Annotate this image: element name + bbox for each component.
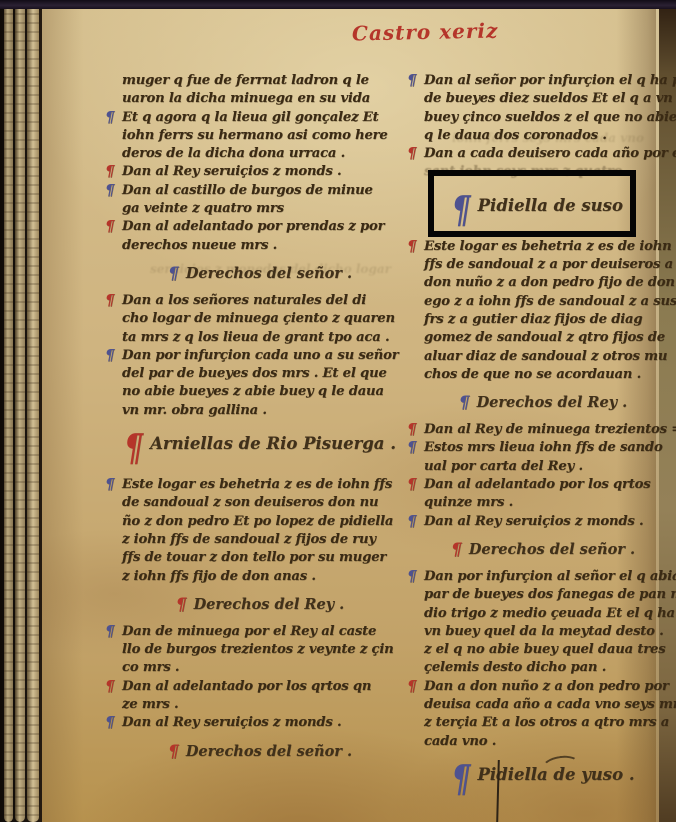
manuscript-line: de bueyes diez sueldos Et el q a vn (424, 90, 662, 108)
manuscript-line: deuisa cada año a cada vno seys mrs (424, 696, 662, 714)
line-text: ffs de touar z don tello por su muger (122, 550, 386, 565)
line-text: par de bueyes dos fanegas de pan me (424, 587, 676, 602)
stacked-page-edge (4, 4, 13, 822)
manuscript-line: iohn ferrs su hermano asi como here (122, 127, 398, 145)
line-text: Dan por infurçion cada uno a su señor (122, 348, 399, 363)
line-text: don nuño z a don pedro fijo de don di (424, 275, 676, 290)
line-text: Dan al Rey de minuega trezientos = (424, 422, 676, 437)
line-text: Dan a don nuño z a don pedro por (424, 679, 669, 694)
line-text: ze mrs . (122, 697, 178, 712)
manuscript-line: ¶Dan al castillo de burgos de minue (122, 182, 398, 200)
paragraph-mark-icon: ¶ (105, 291, 114, 309)
line-text: derechos nueue mrs . (122, 238, 277, 253)
manuscript-line: gomez de sandoual z qtro fijos de (424, 329, 662, 347)
manuscript-line: ¶Dan a cada deuisero cada año por el (424, 145, 662, 163)
line-text: frs z a gutier diaz fijos de diag (424, 312, 642, 327)
line-text: Este logar es behetria z es de iohn (424, 239, 672, 254)
paragraph-mark-icon: ¶ (451, 758, 470, 802)
line-text: uaron la dicha minuega en su vida (122, 91, 370, 106)
manuscript-line: ¶Dan por infurçion al señor el q abia (424, 568, 662, 586)
paragraph-mark-icon: ¶ (407, 144, 416, 162)
manuscript-line: uaron la dicha minuega en su vida (122, 90, 398, 108)
manuscript-line: quinze mrs . (424, 494, 662, 512)
manuscript-line: ze mrs . (122, 696, 398, 714)
paragraph-mark-icon: ¶ (407, 567, 416, 585)
line-text: Dan de minuega por el Rey al caste (122, 624, 376, 639)
line-text: Dan al Rey seruiçios z monds . (122, 164, 341, 179)
paragraph-mark-icon: ¶ (176, 595, 187, 615)
line-text: z iohn ffs fijo de don anas . (122, 569, 316, 584)
manuscript-line: ¶Dan al señor por infurçion el q ha par (424, 72, 662, 90)
manuscript-line: del par de bueyes dos mrs . Et el que (122, 365, 398, 383)
line-text: çelemis desto dicho pan . (424, 660, 606, 675)
line-text: ño z don pedro Et po lopez de pidiella (122, 514, 393, 529)
manuscript-line: ¶Este logar es behetria z es de iohn (424, 238, 662, 256)
paragraph-mark-icon: ¶ (124, 427, 143, 471)
running-title: Castro xeriz (352, 18, 499, 45)
manuscript-line: aluar diaz de sandoual z otros mu (424, 348, 662, 366)
line-text: ffs de sandoual z a por deuiseros a (424, 257, 673, 272)
line-text: co mrs . (122, 660, 179, 675)
manuscript-line: ¶Dan a don nuño z a don pedro por (424, 678, 662, 696)
line-text: Dan al señor por infurçion el q ha par (424, 73, 676, 88)
manuscript-line: ¶Dan al Rey seruiçios z monds . (122, 714, 398, 732)
manuscript-line: çelemis desto dicho pan . (424, 659, 662, 677)
manuscript-line: vn mr. obra gallina . (122, 402, 398, 420)
line-text: buey çinco sueldos z el que no abie (424, 110, 676, 125)
manuscript-line: no abie bueyes z abie buey q le daua (122, 383, 398, 401)
line-text: Dan a los señores naturales del di (122, 293, 366, 308)
manuscript-line: ¶Dan de minuega por el Rey al caste (122, 623, 398, 641)
line-text: quinze mrs . (424, 495, 513, 510)
line-text: Este logar es behetria z es de iohn ffs (122, 477, 392, 492)
manuscript-line: don nuño z a don pedro fijo de don di (424, 274, 662, 292)
line-text: del par de bueyes dos mrs . Et el que (122, 366, 387, 381)
line-text: deuisa cada año a cada vno seys mrs (424, 697, 676, 712)
line-text: Arniellas de Rio Pisuerga . (150, 434, 396, 453)
annotation-rectangle (428, 170, 636, 237)
paragraph-mark-icon: ¶ (105, 181, 114, 199)
line-text: q le daua dos coronados . (424, 128, 607, 143)
paragraph-mark-icon: ¶ (105, 475, 114, 493)
line-text: Estos mrs lieua iohn ffs de sando (424, 440, 663, 455)
manuscript-line: vn buey quel da la meytad desto . (424, 623, 662, 641)
manuscript-line: z iohn ffs de sandoual z fijos de ruy (122, 531, 398, 549)
stacked-page-edge (27, 4, 39, 822)
line-text: Derechos del Rey . (477, 394, 628, 411)
manuscript-line: ¶Estos mrs lieua iohn ffs de sando (424, 439, 662, 457)
line-text: gomez de sandoual z qtro fijos de (424, 330, 665, 345)
paragraph-mark-icon: ¶ (168, 742, 179, 762)
paragraph-mark-icon: ¶ (105, 346, 114, 364)
left-text-column: muger q fue de ferrnat ladron q leuaron … (122, 72, 398, 770)
line-text: de bueyes diez sueldos Et el q a vn (424, 91, 673, 106)
manuscript-line: muger q fue de ferrnat ladron q le (122, 72, 398, 90)
line-text: ego z a iohn ffs de sandoual z a sus (424, 294, 676, 309)
manuscript-line: ¶Dan a los señores naturales del di (122, 292, 398, 310)
line-text: z iohn ffs de sandoual z fijos de ruy (122, 532, 376, 547)
manuscript-line: dio trigo z medio çeuada Et el q ha (424, 605, 662, 623)
manuscript-line: ¶Dan al Rey de minuega trezientos = (424, 421, 662, 439)
manuscript-line: ual por carta del Rey . (424, 458, 662, 476)
line-text: z terçia Et a los otros a qtro mrs a (424, 715, 669, 730)
line-text: Dan a cada deuisero cada año por el (424, 146, 676, 161)
line-text: muger q fue de ferrnat ladron q le (122, 73, 369, 88)
section-header: ¶Derechos del señor . (424, 540, 662, 560)
line-text: ta mrs z q los lieua de grant tpo aca . (122, 330, 389, 345)
line-text: z el q no abie buey quel daua tres (424, 642, 665, 657)
line-text: ga veinte z quatro mrs (122, 201, 284, 216)
paragraph-mark-icon: ¶ (105, 108, 114, 126)
line-text: de sandoual z son deuiseros don nu (122, 495, 378, 510)
line-text: Dan al Rey seruiçios z monds . (122, 715, 341, 730)
manuscript-line: ga veinte z quatro mrs (122, 200, 398, 218)
section-header: ¶Derechos del señor . (122, 264, 398, 284)
stacked-page-edge (15, 4, 25, 822)
manuscript-line: deros de la dicha dona urraca . (122, 145, 398, 163)
paragraph-mark-icon: ¶ (407, 237, 416, 255)
book-spine (0, 0, 42, 822)
paragraph-mark-icon: ¶ (407, 677, 416, 695)
line-text: Dan al adelantado por los qrtos qn (122, 679, 371, 694)
line-text: vn mr. obra gallina . (122, 403, 267, 418)
paragraph-mark-icon: ¶ (459, 393, 470, 413)
manuscript-line: ¶Dan por infurçion cada uno a su señor (122, 347, 398, 365)
section-header: ¶Derechos del Rey . (122, 595, 398, 615)
manuscript-line: cada vno . (424, 733, 662, 751)
line-text: Et q agora q la lieua gil gonçalez Et (122, 110, 379, 125)
paragraph-mark-icon: ¶ (407, 512, 416, 530)
manuscript-line: derechos nueue mrs . (122, 237, 398, 255)
line-text: Dan al castillo de burgos de minue (122, 183, 373, 198)
manuscript-line: buey çinco sueldos z el que no abie (424, 109, 662, 127)
photo-top-edge (0, 0, 676, 9)
paragraph-mark-icon: ¶ (168, 264, 179, 284)
manuscript-line: co mrs . (122, 659, 398, 677)
paragraph-mark-icon: ¶ (105, 162, 114, 180)
line-text: Dan al adelantado por prendas z por (122, 219, 384, 234)
paragraph-mark-icon: ¶ (407, 420, 416, 438)
manuscript-line: ¶Dan al Rey seruiçios z monds . (424, 513, 662, 531)
manuscript-line: ¶Dan al Rey seruiçios z monds . (122, 163, 398, 181)
manuscript-line: ffs de sandoual z a por deuiseros a (424, 256, 662, 274)
manuscript-line: llo de burgos trezientos z veynte z çin (122, 641, 398, 659)
section-header: ¶Derechos del señor . (122, 742, 398, 762)
manuscript-line: ¶Dan al adelantado por los qrtos qn (122, 678, 398, 696)
place-section-header: ¶Arniellas de Rio Pisuerga . (122, 431, 398, 466)
manuscript-line: ta mrs z q los lieua de grant tpo aca . (122, 329, 398, 347)
line-text: Derechos del señor . (186, 265, 352, 282)
line-text: vn buey quel da la meytad desto . (424, 624, 664, 639)
manuscript-line: frs z a gutier diaz fijos de diag (424, 311, 662, 329)
paragraph-mark-icon: ¶ (105, 677, 114, 695)
line-text: iohn ferrs su hermano asi como here (122, 128, 388, 143)
line-text: chos de que no se acordauan . (424, 367, 641, 382)
line-text: dio trigo z medio çeuada Et el q ha (424, 606, 675, 621)
manuscript-line: ego z a iohn ffs de sandoual z a sus (424, 293, 662, 311)
manuscript-line: ffs de touar z don tello por su muger (122, 549, 398, 567)
line-text: Dan por infurçion al señor el q abia (424, 569, 676, 584)
manuscript-line: ño z don pedro Et po lopez de pidiella (122, 513, 398, 531)
line-text: Derechos del señor . (469, 541, 635, 558)
paragraph-mark-icon: ¶ (407, 71, 416, 89)
manuscript-line: ¶Dan al adelantado por los qrtos (424, 476, 662, 494)
manuscript-line: q le daua dos coronados . (424, 127, 662, 145)
manuscript-line: ¶Dan al adelantado por prendas z por (122, 218, 398, 236)
manuscript-line: chos de que no se acordauan . (424, 366, 662, 384)
paragraph-mark-icon: ¶ (105, 217, 114, 235)
manuscript-line: z el q no abie buey quel daua tres (424, 641, 662, 659)
manuscript-line: ¶Et q agora q la lieua gil gonçalez Et (122, 109, 398, 127)
manuscript-line: cho logar de minuega çiento z quaren (122, 310, 398, 328)
line-text: llo de burgos trezientos z veynte z çin (122, 642, 394, 657)
paragraph-mark-icon: ¶ (407, 438, 416, 456)
line-text: ual por carta del Rey . (424, 459, 583, 474)
paragraph-mark-icon: ¶ (105, 713, 114, 731)
line-text: Dan al Rey seruiçios z monds . (424, 514, 643, 529)
paragraph-mark-icon: ¶ (407, 475, 416, 493)
line-text: cho logar de minuega çiento z quaren (122, 311, 395, 326)
line-text: Derechos del señor . (186, 743, 352, 760)
paragraph-mark-icon: ¶ (105, 622, 114, 640)
manuscript-line: de sandoual z son deuiseros don nu (122, 494, 398, 512)
line-text: aluar diaz de sandoual z otros mu (424, 349, 667, 364)
line-text: Dan al adelantado por los qrtos (424, 477, 651, 492)
manuscript-line: ¶Este logar es behetria z es de iohn ffs (122, 476, 398, 494)
line-text: Derechos del Rey . (194, 596, 345, 613)
manuscript-line: z iohn ffs fijo de don anas . (122, 568, 398, 586)
paragraph-mark-icon: ¶ (451, 540, 462, 560)
section-header: ¶Derechos del Rey . (424, 393, 662, 413)
line-text: deros de la dicha dona urraca . (122, 146, 345, 161)
manuscript-line: par de bueyes dos fanegas de pan me (424, 586, 662, 604)
line-text: cada vno . (424, 734, 496, 749)
manuscript-line: z terçia Et a los otros a qtro mrs a (424, 714, 662, 732)
line-text: no abie bueyes z abie buey q le daua (122, 384, 384, 399)
